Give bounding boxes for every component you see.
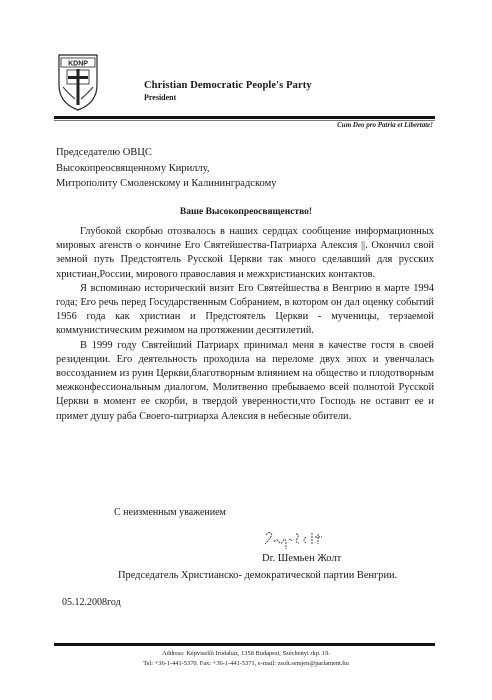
closing-phrase: С неизменным уважением <box>114 507 226 518</box>
body-paragraph: Я вспоминаю исторический визит Его Святе… <box>56 282 434 339</box>
signer-name: Dr. Шемьен Жолт <box>262 553 341 564</box>
signer-title: Председатель Христианско- демократическо… <box>118 570 397 581</box>
party-name: Christian Democratic People's Party <box>144 80 312 91</box>
body-paragraph: Глубокой скорбью отозвалось в наших серд… <box>56 225 434 282</box>
party-shield-emblem-icon: KDNP <box>57 53 99 111</box>
letter-date: 05.12.2008год <box>62 597 121 608</box>
party-motto: Cum Deo pro Patria et Libertate! <box>337 121 433 129</box>
salutation: Ваше Высокопреосвященство! <box>0 207 492 217</box>
footer-address: Address: Képviselői Irodaház, 1358 Budap… <box>0 649 492 659</box>
handwritten-signature-icon <box>262 527 332 551</box>
addressee-line: Митрополиту Смоленскому и Калининградско… <box>56 176 276 192</box>
footer-block: Address: Képviselői Irodaház, 1358 Budap… <box>0 649 492 669</box>
footer-contact: Tel: +36-1-441-5370. Fax: +36-1-441-5371… <box>0 659 492 669</box>
addressee-block: Председателю ОВЦС Высокопреосвященному К… <box>56 145 276 192</box>
body-paragraph: В 1999 году Святейший Патриарх принимал … <box>56 339 434 424</box>
svg-text:KDNP: KDNP <box>68 61 88 68</box>
letter-body: Глубокой скорбью отозвалось в наших серд… <box>56 225 434 424</box>
addressee-line: Председателю ОВЦС <box>56 145 276 161</box>
footer-rule <box>54 643 435 646</box>
party-role: President <box>144 93 176 102</box>
header-rule <box>54 116 435 119</box>
addressee-line: Высокопреосвященному Кириллу, <box>56 161 276 177</box>
